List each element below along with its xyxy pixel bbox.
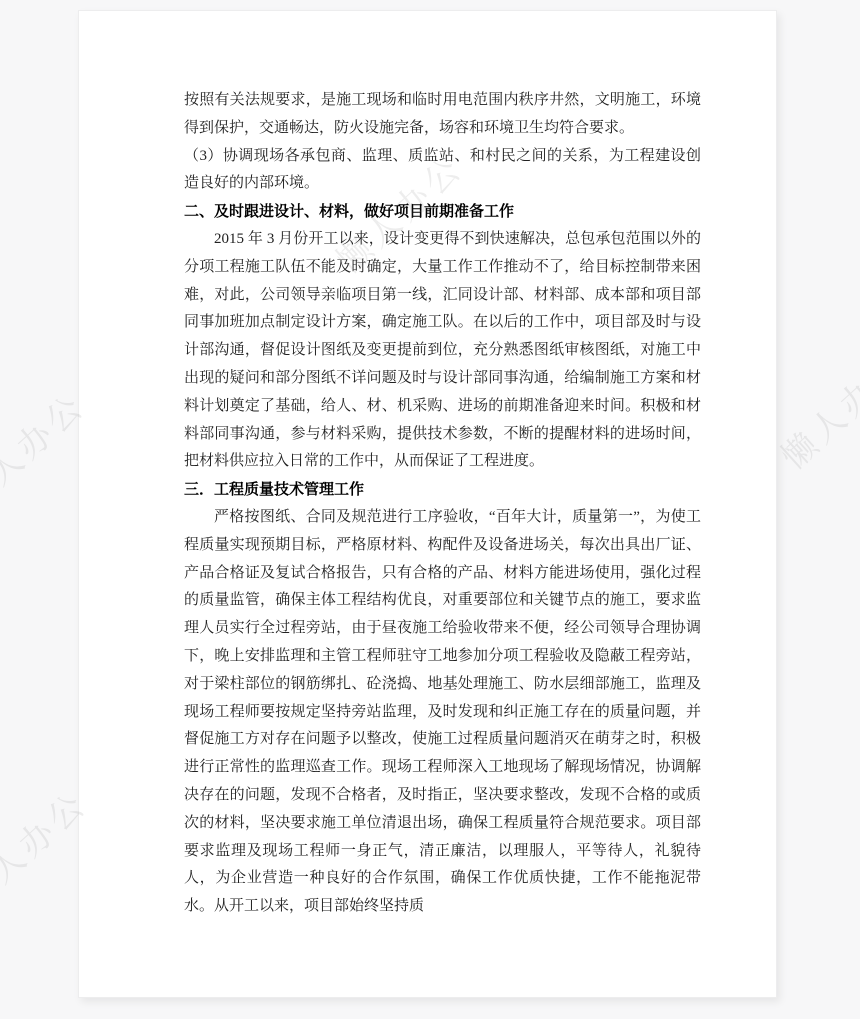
paragraph: 按照有关法规要求，是施工现场和临时用电范围内秩序井然，文明施工，环境得到保护，交…	[184, 87, 701, 143]
paragraph: 严格按图纸、合同及规范进行工序验收，“百年大计，质量第一”，为使工程质量实现预期…	[184, 504, 701, 921]
document-viewer: { "page": { "background_color": "#f7f7f8…	[0, 0, 860, 1019]
section-heading: 二、及时跟进设计、材料，做好项目前期准备工作	[184, 198, 701, 226]
watermark-text: 懒人办公	[769, 338, 860, 479]
document-text-body: 按照有关法规要求，是施工现场和临时用电范围内秩序井然，文明施工，环境得到保护，交…	[184, 87, 701, 921]
section-heading: 三．工程质量技术管理工作	[184, 476, 701, 504]
paragraph: 2015 年 3 月份开工以来，设计变更得不到快速解决，总包承包范围以外的分项工…	[184, 226, 701, 476]
document-page: 按照有关法规要求，是施工现场和临时用电范围内秩序井然，文明施工，环境得到保护，交…	[78, 10, 777, 998]
paragraph: （3）协调现场各承包商、监理、质监站、和村民之间的关系，为工程建设创造良好的内部…	[184, 143, 701, 199]
